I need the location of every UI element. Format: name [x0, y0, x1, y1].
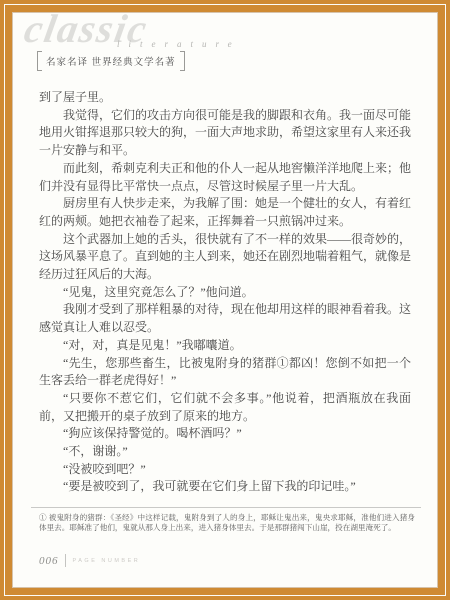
- paragraph: 到了屋子里。: [39, 89, 411, 107]
- paragraph: “先生，您那些畜生，比被鬼附身的猪群①都凶！您倒不如把一个生客丢给一群老虎得好！…: [39, 355, 411, 390]
- book-cover-frame: classic literature 名家名译 世界经典文学名著 到了屋子里。我…: [0, 0, 450, 600]
- paragraph: “狗应该保持警觉的。喝杯酒吗？”: [39, 425, 411, 443]
- page-number-label: PAGE NUMBER: [73, 558, 141, 564]
- footer-divider-bar: [65, 554, 66, 567]
- paragraph: 我觉得，它们的攻击方向很可能是我的脚跟和衣角。我一面尽可能地用火钳挥退那只较大的…: [39, 107, 411, 160]
- page-footer: 006 PAGE NUMBER: [39, 554, 140, 567]
- page-number: 006: [39, 555, 59, 567]
- footnote-text: ① 被鬼附身的猪群：《圣经》中这样记载，鬼附身到了人的身上，耶稣让鬼出来，鬼央求…: [39, 513, 415, 533]
- paragraph: 这个武器加上她的舌头，很快就有了不一样的效果——很奇妙的，这场风暴平息了。直到她…: [39, 231, 411, 284]
- paragraph: “对，对，真是见鬼！”我嘟囔道。: [39, 337, 411, 355]
- paragraph: “见鬼，这里究竟怎么了？”他问道。: [39, 284, 411, 302]
- series-label: 名家名译 世界经典文学名著: [37, 51, 185, 71]
- paragraph: 而此刻，希刺克利夫正和他的仆人一起从地窖懒洋洋地爬上来；他们并没有显得比平常快一…: [39, 160, 411, 195]
- paragraph: “不，谢谢。”: [39, 443, 411, 461]
- paragraph: “要是被咬到了，我可就要在它们身上留下我的印记哇。”: [39, 478, 411, 496]
- paragraph: 厨房里有人快步走来，为我解了围：她是一个健壮的女人，有着红红的两颊。她把衣袖卷了…: [39, 195, 411, 230]
- footnote-divider: [31, 507, 421, 508]
- literature-watermark: literature: [117, 39, 241, 49]
- paragraph: “没被咬到吧？”: [39, 461, 411, 479]
- paragraph: “只要你不惹它们，它们就不会多事。”他说着，把酒瓶放在我面前，又把搬开的桌子放到…: [39, 390, 411, 425]
- book-page: classic literature 名家名译 世界经典文学名著 到了屋子里。我…: [12, 12, 438, 588]
- body-text: 到了屋子里。我觉得，它们的攻击方向很可能是我的脚跟和衣角。我一面尽可能地用火钳挥…: [39, 89, 411, 496]
- paragraph: 我刚才受到了那样粗暴的对待，现在他却用这样的眼神看着我。这感觉真让人难以忍受。: [39, 301, 411, 336]
